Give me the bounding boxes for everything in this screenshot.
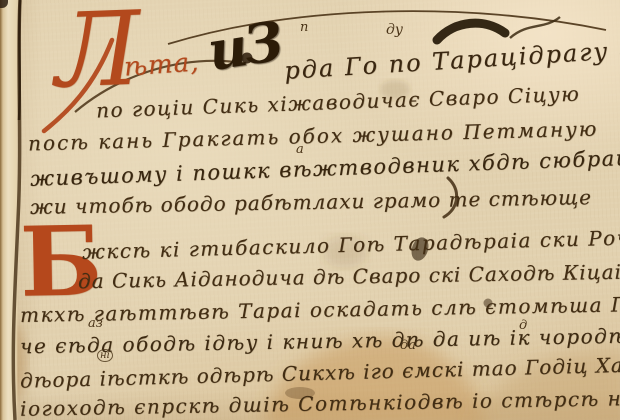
rubric-word-lita: ѣта, — [123, 47, 200, 82]
text-line-6: жксѣ кі гтибаскило Гоѣ Тарадѣраіа ски Ро… — [82, 224, 620, 264]
superscript-2: ду — [386, 22, 403, 38]
text-line-5: жи чтобѣ ободо рабѣтлахи грамо те стѣюще — [30, 185, 592, 219]
tilde-flourish — [510, 17, 560, 38]
text-line-7: да Сикь Аіданодича дѣ Сваро скі Саходѣ К… — [78, 259, 620, 293]
manuscript-photo: Л ѣта, Б иЗ рда Го по Тарацідрагу вѣскип… — [0, 0, 620, 420]
superscript-7: д — [519, 318, 527, 333]
superscript-5: ні — [97, 349, 113, 362]
gutter-line-dark-top — [19, 0, 20, 120]
text-line-2: по гоціи Сикь хіжаводичає Сваро Сіцую — [96, 82, 581, 123]
superscript-1: п — [300, 20, 308, 35]
superscript-3: а — [296, 142, 304, 157]
text-line-11: іогоходѣ єпрскѣ дшіѣ Сотѣнкіодвѣ іо стѣр… — [20, 385, 620, 420]
heavy-crescent-stroke — [437, 23, 505, 40]
superscript-4: аз — [88, 316, 103, 331]
text-line-8: ткхѣ гаѣттѣвѣ Тараі оскадать слѣ єтомѣша… — [20, 291, 620, 327]
superscript-6: да — [400, 338, 416, 353]
page-fore-edge — [0, 0, 18, 420]
text-line-1: рда Го по Тарацідрагу вѣски — [284, 31, 620, 85]
opening-ligature: иЗ — [203, 9, 284, 84]
